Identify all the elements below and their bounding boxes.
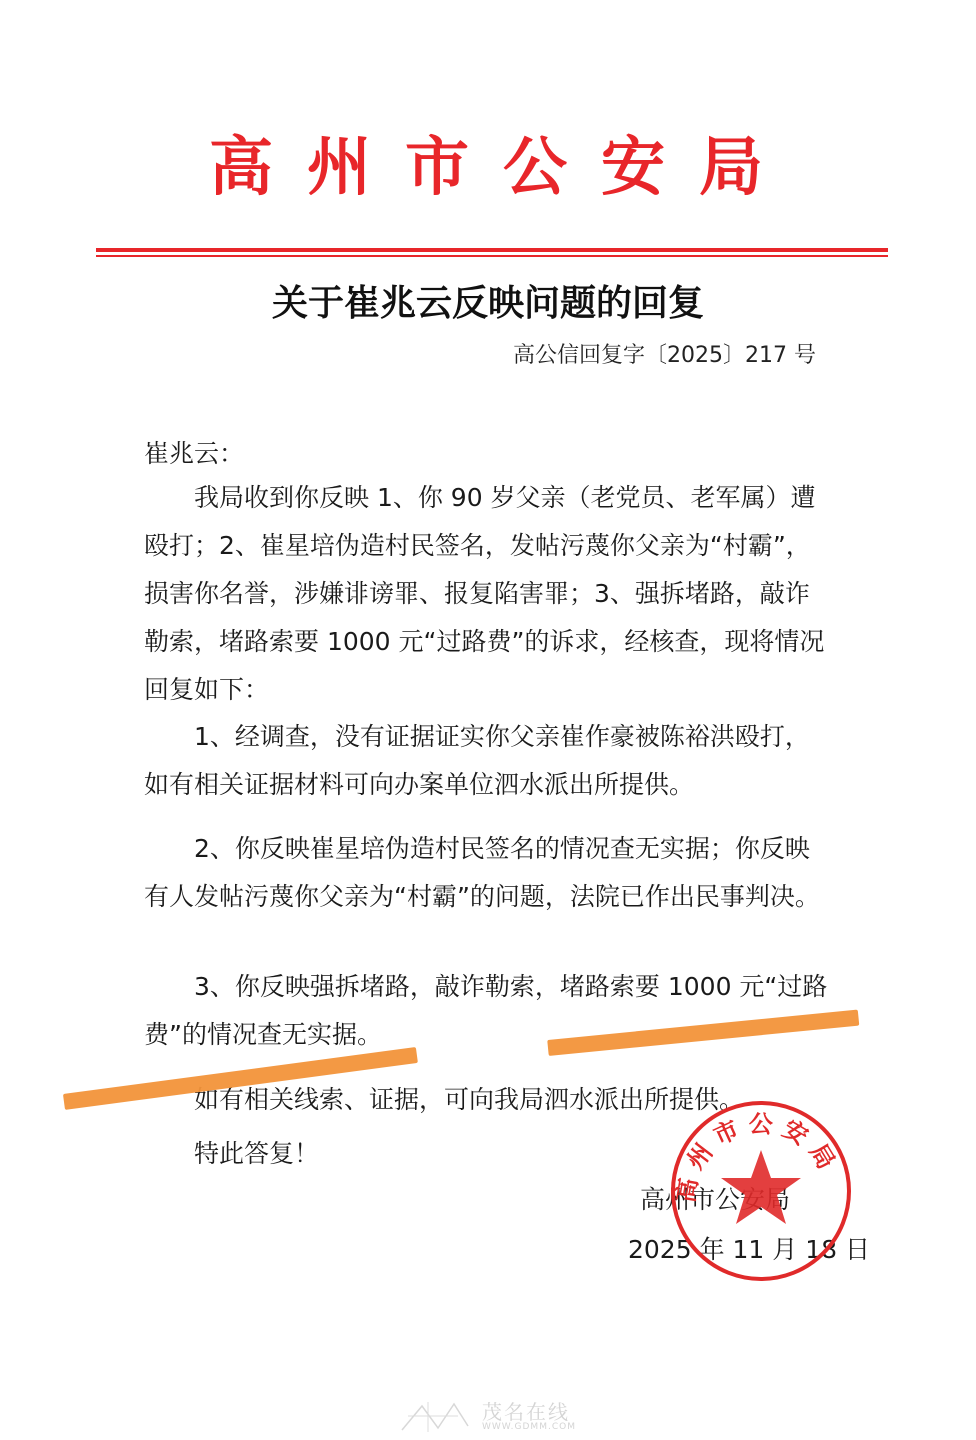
site-watermark: 茂名在线 WWW.GDMM.COM	[398, 1396, 598, 1436]
reply-item-1: 1、经调查，没有证据证实你父亲崔作豪被陈裕洪殴打，如有相关证据材料可向办案单位泗…	[144, 713, 834, 809]
watermark-brand: 茂名在线	[482, 1396, 570, 1425]
letterhead-organization: 高州市公安局	[0, 128, 976, 208]
letterhead-rule-thick	[96, 248, 888, 252]
watermark-logo-icon	[398, 1396, 478, 1436]
intro-paragraph: 我局收到你反映 1、你 90 岁父亲（老党员、老军属）遭殴打；2、崔星培伪造村民…	[144, 474, 834, 714]
official-seal-icon: 高州市公安局	[668, 1098, 854, 1284]
salutation: 崔兆云：	[144, 430, 834, 478]
document-title: 关于崔兆云反映问题的回复	[0, 278, 976, 328]
watermark-url: WWW.GDMM.COM	[482, 1422, 576, 1432]
reply-item-2: 2、你反映崔星培伪造村民签名的情况查无实据；你反映有人发帖污蔑你父亲为“村霸”的…	[144, 825, 834, 921]
document-number: 高公信回复字〔2025〕217 号	[513, 340, 816, 372]
letterhead-rule-thin	[96, 255, 888, 257]
reply-item-3: 3、你反映强拆堵路，敲诈勒索，堵路索要 1000 元“过路费”的情况查无实据。	[144, 963, 834, 1059]
